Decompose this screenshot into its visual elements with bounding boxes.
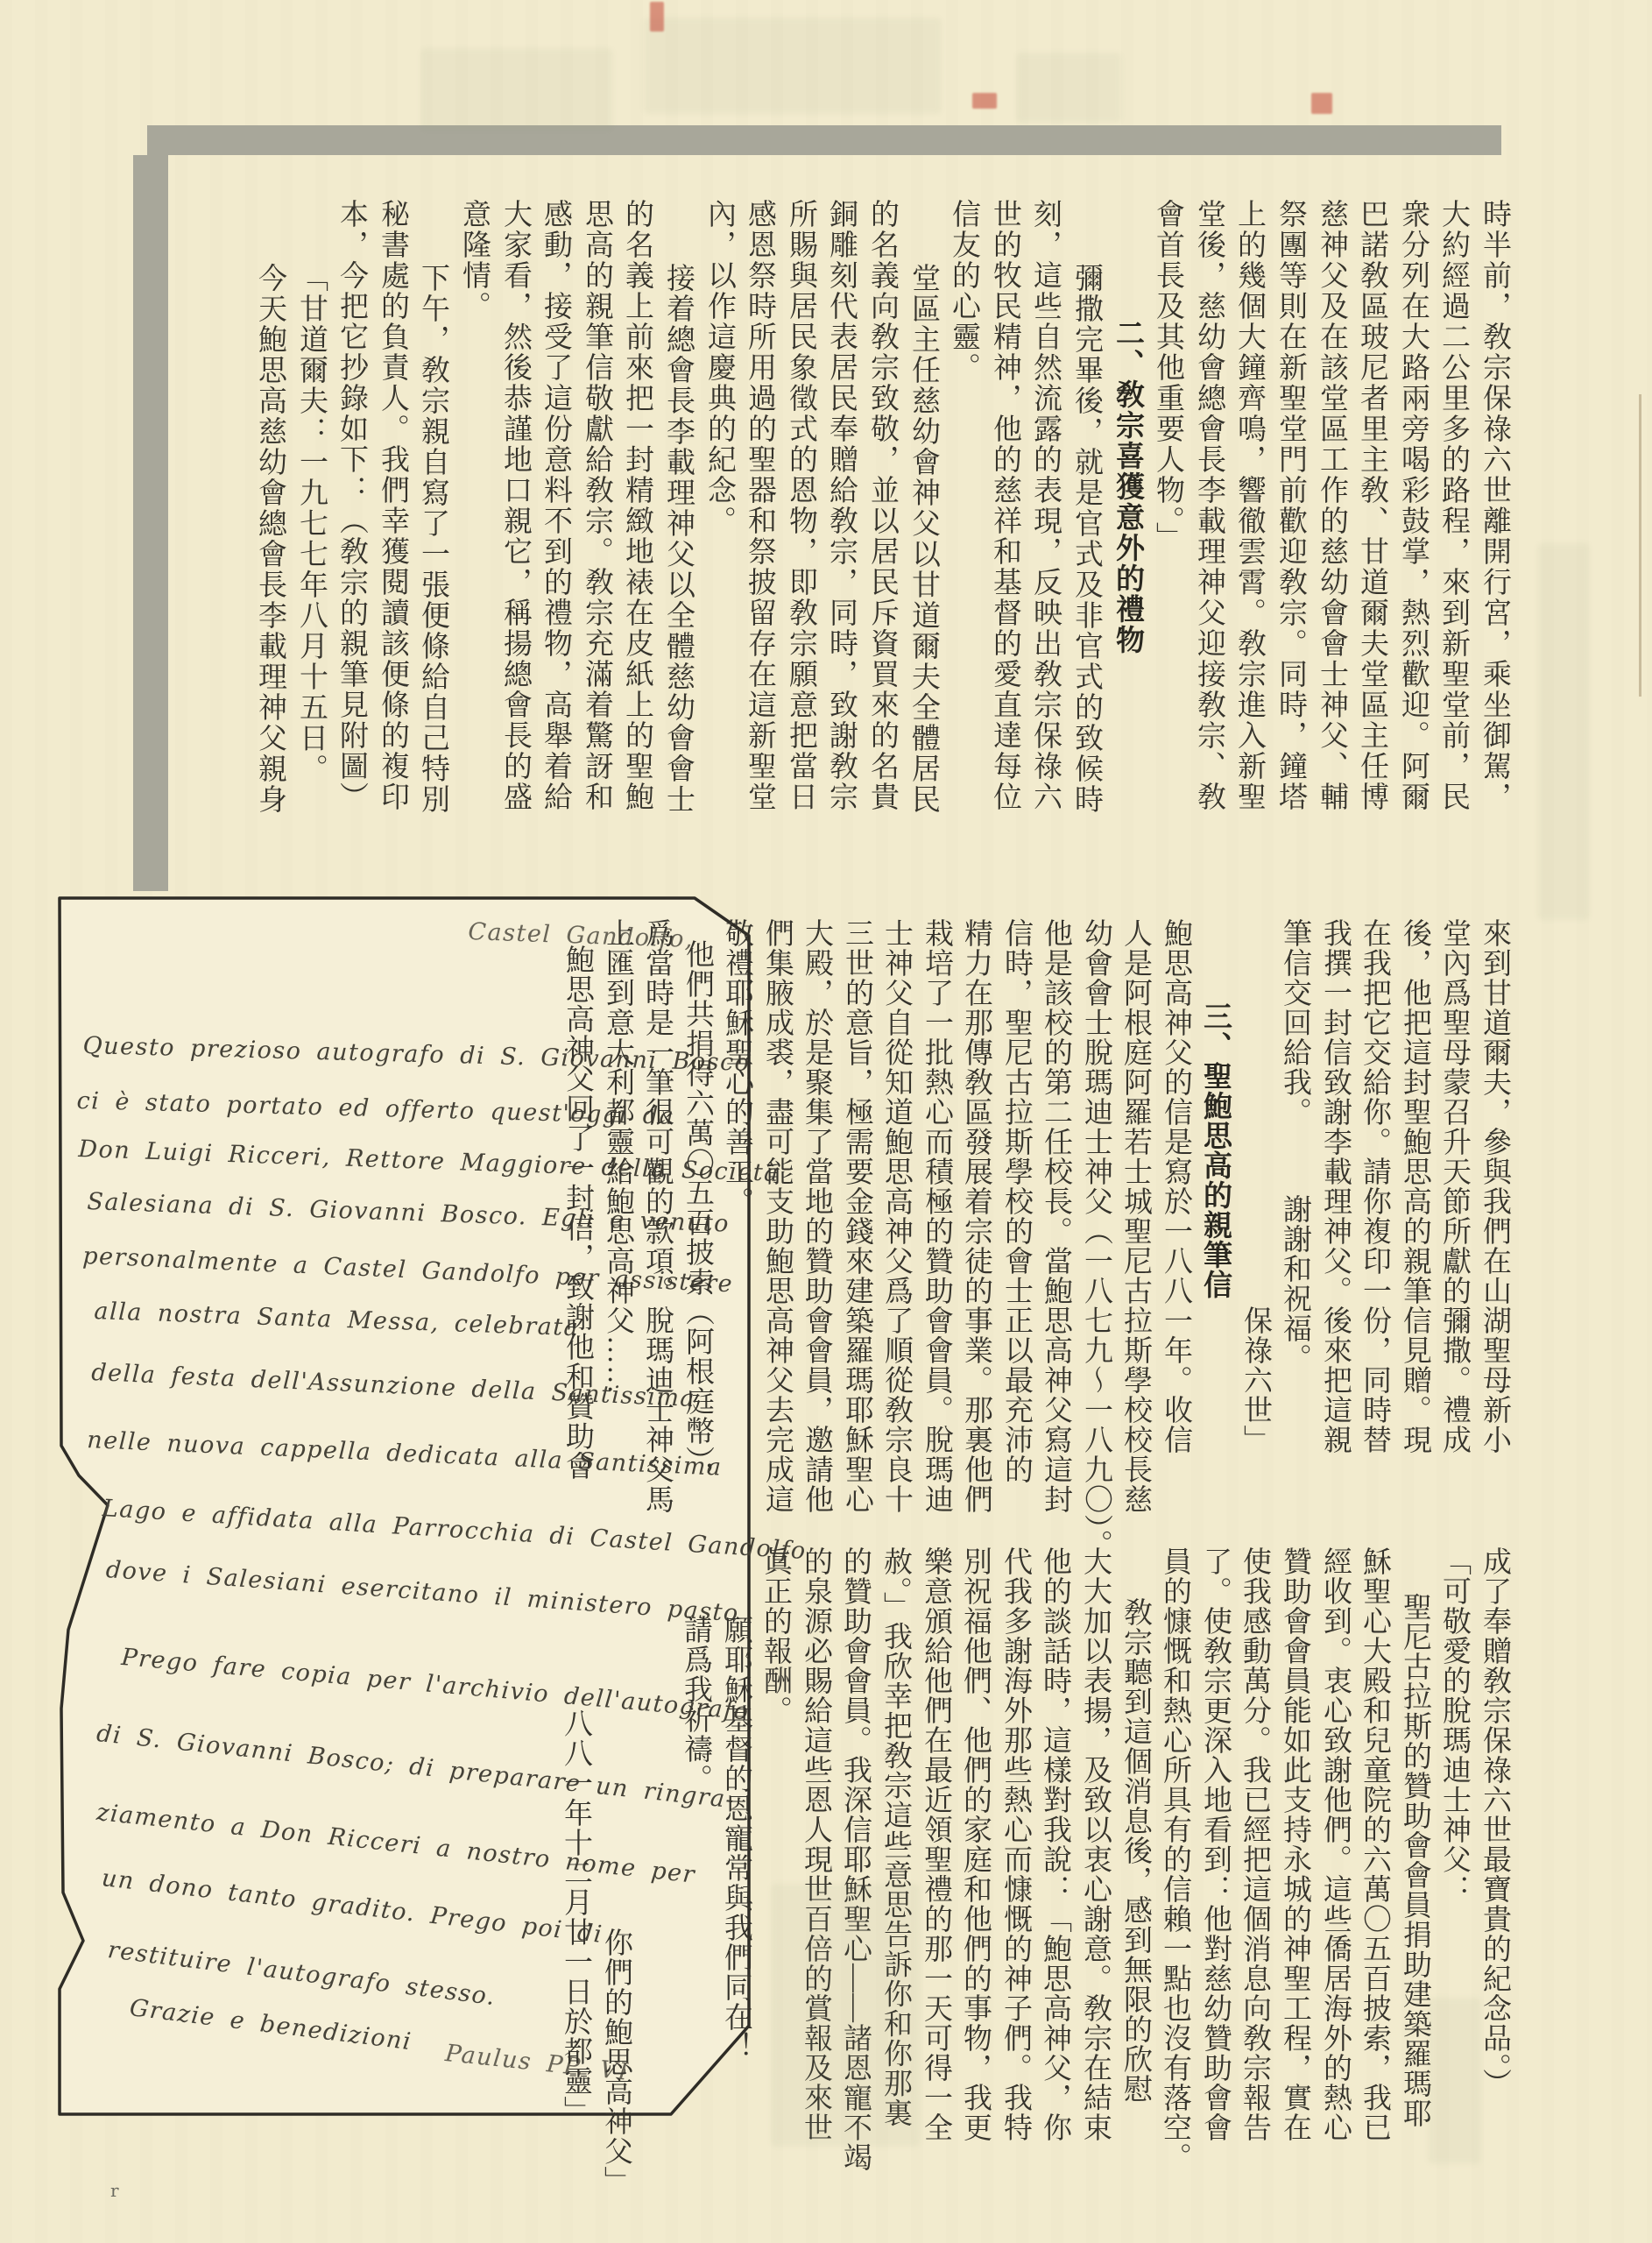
text-column: 意隆情。	[456, 199, 488, 322]
printer-mark: r	[110, 2180, 119, 2201]
text-column: 大殿，於是聚集了當地的贊助會會員，邀請他	[799, 918, 830, 1514]
text-column: 樂意頒給他們在最近領聖禮的那一天可得一全	[918, 1546, 950, 2142]
text-column: 我撰一封信致謝李載理神父。後來把這親	[1317, 918, 1349, 1454]
text-column: 員的慷慨和熱心所具有的信賴一點也沒有落空。	[1157, 1546, 1189, 2172]
section-heading-column: 三、聖鮑思高的親筆信	[1197, 1001, 1229, 1299]
text-column: 鮑思高神父回了一封信，致謝他和贊助會	[560, 945, 591, 1481]
text-column: 鮑思高神父的信是寫於一八八一年。收信	[1158, 918, 1190, 1454]
text-column: 人是阿根庭阿羅若士城聖尼古拉斯學校校長慈	[1118, 918, 1149, 1514]
text-column: 刻，這些自然流露的表現，反映出敎宗保祿六	[1027, 199, 1059, 812]
text-column: 經收到。衷心致謝他們。這些僑居海外的熱心	[1317, 1546, 1349, 2142]
text-column: 下午，敎宗親自寫了一張便條給自己特別	[415, 263, 447, 815]
text-column: 上匯到意大利都靈給鮑思高神父……	[600, 918, 632, 1395]
text-column: 贊助會會員能如此支持永城的神聖工程，實在	[1277, 1546, 1309, 2142]
text-column: 眞正的報酬。	[758, 1546, 789, 1725]
text-column: 成了奉贈敎宗保祿六世最寶貴的紀念品。）	[1477, 1546, 1508, 2098]
text-column: 堂區主任慈幼會神父以甘道爾夫全體居民	[906, 263, 937, 815]
text-column: 感恩祭時所用過的聖器和祭披留存在這新聖堂	[742, 199, 773, 812]
text-column: 士神父自從知道鮑思高神父爲了順從敎宗良十	[879, 918, 910, 1514]
text-column: 堂後，慈幼會總會長李載理神父迎接敎宗、敎	[1191, 199, 1223, 812]
text-column: 本，今把它抄錄如下：（敎宗的親筆見附圖）	[334, 199, 365, 812]
red-ink-fragment	[650, 2, 664, 32]
show-through-ghost	[771, 1884, 920, 2147]
show-through-ghost	[1016, 53, 1121, 123]
text-column: 的名義向敎宗致敬，並以居民斥資買來的名貴	[865, 199, 896, 812]
text-column: 彌撒完畢後，就是官式及非官式的致候時	[1069, 263, 1100, 815]
text-column: 了。使敎宗更深入地看到：他對慈幼贊助會會	[1197, 1546, 1229, 2142]
text-column: 八八一年十二月廿一日於都靈」	[558, 1709, 589, 2126]
text-column: 來到甘道爾夫，參與我們在山湖聖母新小	[1477, 918, 1508, 1454]
text-column: 他的談話時，這樣對我說：「鮑思高神父，你	[1037, 1546, 1069, 2142]
text-column: 秘書處的負責人。我們幸獲閱讀該便條的複印	[375, 199, 406, 812]
text-column: 慈神父及在該堂區工作的慈幼會會士神父、輔	[1314, 199, 1345, 812]
text-column: 大約經過二公里多的路程，來到新聖堂前，民	[1436, 199, 1467, 812]
section-heading-column: 二、敎宗喜獲意外的禮物	[1110, 318, 1141, 655]
show-through-ghost	[420, 48, 613, 131]
text-column: 代我多謝海外那些熱心而慷慨的神子們。我特	[998, 1546, 1029, 2142]
text-column: 在我把它交給你。請你複印一份，同時替	[1357, 918, 1388, 1454]
text-column: 穌聖心大殿和兒童院的六萬〇五百披索，我已	[1357, 1546, 1388, 2142]
text-column: 「可敬愛的脫瑪迪士神父：	[1437, 1546, 1468, 1904]
text-column: 保祿六世」	[1238, 1305, 1269, 1454]
text-column: 時半前，敎宗保祿六世離開行宮，乘坐御駕，	[1477, 199, 1508, 812]
text-column: 大家看，然後恭謹地口親它，稱揚總會長的盛	[498, 199, 529, 812]
show-through-ghost	[1537, 543, 1590, 920]
text-column: 銅雕刻代表居民奉贈給敎宗，同時，致謝敎宗	[823, 199, 855, 812]
show-through-ghost	[644, 18, 942, 114]
text-column: 信時，聖尼古拉斯學校的會士正以最充沛的	[999, 918, 1030, 1484]
text-column: 堂內爲聖母蒙召升天節所獻的彌撒。禮成	[1437, 918, 1468, 1454]
text-column: 謝謝和祝福。	[1277, 1194, 1309, 1373]
text-column: 內，以作這慶典的紀念。	[702, 199, 733, 536]
scanned-page: Castel Gandolfo,Questo prezioso autograf…	[0, 0, 1652, 2243]
red-ink-fragment	[972, 93, 997, 109]
text-column: 幼會會士脫瑪迪士神父（一八七九～一八九〇）。	[1078, 918, 1110, 1560]
text-column: 別祝福他們、他們的家庭和他們的事物，我更	[957, 1546, 989, 2142]
text-column: 感動，接受了這份意料不到的禮物，高舉着給	[538, 199, 569, 812]
page-edge-line	[1639, 394, 1641, 697]
text-column: 所賜與居民象徵式的恩物，即敎宗願意把當日	[783, 199, 815, 812]
text-column: 們集腋成裘，盡可能支助鮑思高神父去完成這	[759, 918, 791, 1514]
text-column: 世的牧民精神，他的慈祥和基督的愛直達每位	[987, 199, 1019, 812]
text-column: 聖尼古拉斯的贊助會會員捐助建築羅瑪耶	[1397, 1592, 1429, 2128]
text-column: 精力在那傳敎區發展着宗徒的事業。那裏他們	[958, 918, 990, 1514]
text-column: 後，他把這封聖鮑思高的親筆信見贈。現	[1397, 918, 1429, 1454]
text-column: 上的幾個大鐘齊鳴，響徹雲霄。敎宗進入新聖	[1232, 199, 1263, 812]
text-column: 請爲我祈禱。	[678, 1615, 710, 1794]
text-column: 他是該校的第二任校長。當鮑思高神父寫這封	[1038, 918, 1070, 1514]
red-ink-fragment	[1311, 93, 1332, 114]
text-column: 「甘道爾夫：一九七七年八月十五日。	[293, 263, 325, 784]
text-column: 衆分列在大路兩旁喝彩鼓掌，熱烈歡迎。阿爾	[1395, 199, 1427, 812]
text-column: 接着總會長李載理神父以全體慈幼會會士	[660, 263, 692, 815]
text-column: 祭團等則在新聖堂門前歡迎敎宗。同時，鐘塔	[1273, 199, 1304, 812]
text-column: 你們的鮑思高神父」	[598, 1928, 630, 2196]
text-column: 思高的親筆信敬獻給敎宗。敎宗充滿着驚訝和	[579, 199, 611, 812]
text-column: 願耶穌基督的恩寵常與我們同在！	[718, 1615, 750, 2062]
text-column: 大大加以表揚，及致以衷心謝意。敎宗在結束	[1077, 1546, 1109, 2142]
text-column: 的名義上前來把一封精緻地裱在皮紙上的聖鮑	[619, 199, 651, 812]
show-through-ghost	[1428, 1998, 1480, 2164]
text-column: 今天鮑思高慈幼會總會長李載理神父親身	[252, 263, 284, 815]
text-column: 會首長及其他重要人物。」	[1150, 199, 1182, 553]
text-column: 三世的意旨，極需要金錢來建築羅瑪耶穌聖心	[839, 918, 871, 1514]
text-column: 敎宗聽到這個消息後，感到無限的欣慰	[1118, 1597, 1149, 2104]
text-column: 使我感動萬分。我已經把這個消息向敎宗報告	[1237, 1546, 1268, 2142]
text-column: 筆信交回給我。	[1277, 918, 1309, 1127]
text-column: 栽培了一批熱心而積極的贊助會會員。脫瑪迪	[919, 918, 950, 1514]
text-column: 他們共捐得六萬〇五百披索（阿根庭幣），	[680, 939, 711, 1491]
text-column: 巴諾敎區玻尼者里主敎、甘道爾夫堂區主任博	[1354, 199, 1386, 812]
text-column: 信友的心靈。	[946, 199, 978, 383]
text-column: 敬禮耶穌聖心的善工。	[719, 918, 751, 1216]
text-column: 爲當時是一筆很可觀的款項。脫瑪迪士神父馬	[639, 918, 671, 1514]
